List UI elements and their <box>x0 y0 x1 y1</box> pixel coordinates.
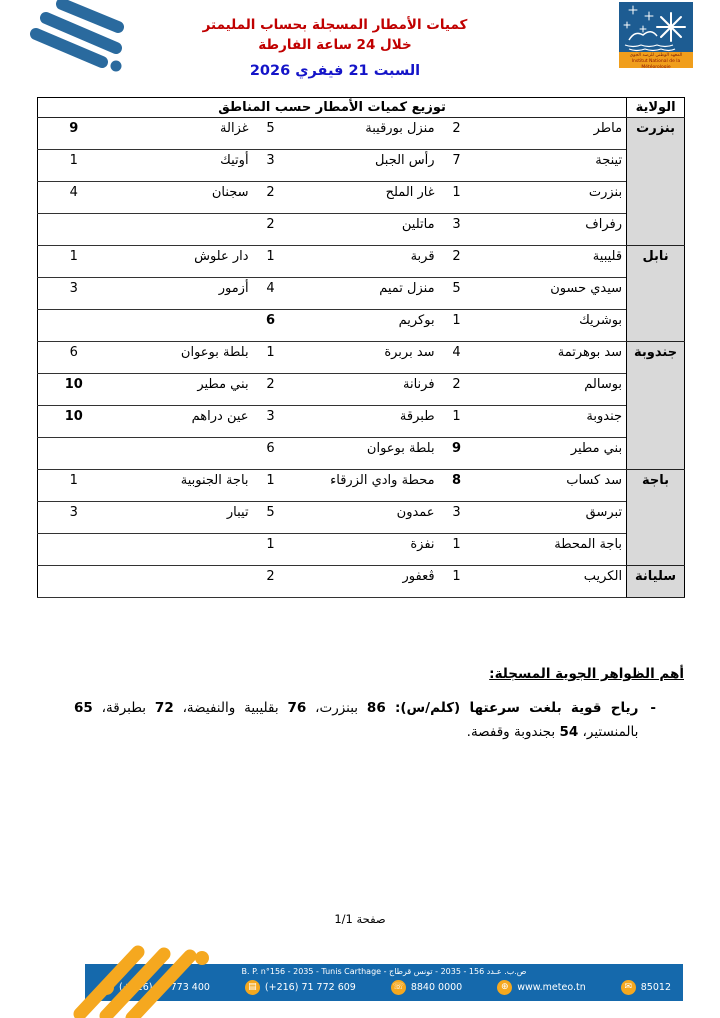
value-cell <box>38 534 110 566</box>
station-cell: منزل بورقيبة <box>289 118 439 150</box>
phenomena-text: رياح قوية بلغت سرعتها (كلم/س): 86 ببنزرت… <box>74 697 638 744</box>
station-cell: بوسالم <box>475 374 627 406</box>
station-cell: باجة الجنوبية <box>110 470 253 502</box>
phenomena-segment: 76 <box>287 700 306 716</box>
blue-strokes-logo-graphic <box>22 0 137 80</box>
value-cell: 3 <box>439 214 475 246</box>
station-cell: تيبار <box>110 502 253 534</box>
station-cell: محطة وادي الزرقاء <box>289 470 439 502</box>
phenomena-segment: بالمنستير، <box>578 724 638 740</box>
value-cell: 7 <box>439 150 475 182</box>
footer-contact-item: ▤(+216) 71 772 609 <box>245 980 356 995</box>
station-cell: قليبية <box>475 246 627 278</box>
report-title-line2: خلال 24 ساعة الفارطة <box>150 35 520 55</box>
station-cell: بني مطير <box>110 374 253 406</box>
value-cell: 2 <box>253 374 289 406</box>
station-cell: سد بربرة <box>289 342 439 374</box>
value-cell: 3 <box>439 502 475 534</box>
inm-logo: المعهد الوطني للرصد الجوي Institut Natio… <box>619 2 693 68</box>
regions-column-header: توزيع كميات الأمطار حسب المناطق <box>38 98 627 118</box>
station-cell <box>110 214 253 246</box>
inm-band-arabic: المعهد الوطني للرصد الجوي <box>619 52 693 59</box>
station-cell: تبرسق <box>475 502 627 534</box>
phenomena-segment: بطبرقة، <box>93 700 155 716</box>
value-cell: 3 <box>38 278 110 310</box>
phenomena-segment: بقليبية والنفيضة، <box>174 700 288 716</box>
station-cell: باجة المحطة <box>475 534 627 566</box>
phenomena-segment: رياح قوية بلغت سرعتها (كلم/س): <box>386 700 639 716</box>
wilaya-cell: نابل <box>627 246 685 342</box>
value-cell: 10 <box>38 374 110 406</box>
orange-stripes-graphic <box>62 944 232 1018</box>
footer-contact-item: ⊕www.meteo.tn <box>497 980 586 995</box>
table-row: تبرسق3عمدون5تيبار3 <box>38 502 685 534</box>
report-date: السبت 21 فيفري 2026 <box>150 63 520 79</box>
value-cell: 1 <box>253 534 289 566</box>
value-cell: 9 <box>439 438 475 470</box>
station-cell: بنزرت <box>475 182 627 214</box>
inm-logo-band: المعهد الوطني للرصد الجوي Institut Natio… <box>619 52 693 68</box>
station-cell: ماطر <box>475 118 627 150</box>
footer-contact-label: 8840 0000 <box>411 982 462 993</box>
wilaya-cell: باجة <box>627 470 685 566</box>
table-row: تينجة7رأس الجبل3أوتيك1 <box>38 150 685 182</box>
value-cell: 1 <box>439 182 475 214</box>
value-cell: 2 <box>439 246 475 278</box>
table-row: نابلقليبية2قربة1دار علوش1 <box>38 246 685 278</box>
value-cell: 5 <box>253 118 289 150</box>
table-row: باجةسد كساب8محطة وادي الزرقاء1باجة الجنو… <box>38 470 685 502</box>
globe-icon: ⊕ <box>497 980 512 995</box>
value-cell: 2 <box>439 374 475 406</box>
phenomena-segment: 72 <box>155 700 174 716</box>
footer-contact-label: www.meteo.tn <box>517 982 586 993</box>
table-row: رفراف3ماتلين2 <box>38 214 685 246</box>
value-cell: 6 <box>253 310 289 342</box>
company-logo <box>22 0 137 84</box>
footer-contact-item: ☏8840 0000 <box>391 980 462 995</box>
value-cell: 1 <box>439 406 475 438</box>
value-cell: 1 <box>439 310 475 342</box>
value-cell: 3 <box>38 502 110 534</box>
station-cell: سد كساب <box>475 470 627 502</box>
station-cell: تينجة <box>475 150 627 182</box>
wilaya-column-header: الولاية <box>627 98 685 118</box>
station-cell: سجنان <box>110 182 253 214</box>
station-cell: عين دراهم <box>110 406 253 438</box>
value-cell: 8 <box>439 470 475 502</box>
phenomena-segment: 54 <box>559 724 578 740</box>
value-cell: 5 <box>439 278 475 310</box>
station-cell: ڤعفور <box>289 566 439 598</box>
value-cell: 1 <box>38 246 110 278</box>
station-cell: دار علوش <box>110 246 253 278</box>
value-cell: 4 <box>253 278 289 310</box>
station-cell: رأس الجبل <box>289 150 439 182</box>
table-row: بوسالم2فرنانة2بني مطير10 <box>38 374 685 406</box>
station-cell: ماتلين <box>289 214 439 246</box>
station-cell: نفزة <box>289 534 439 566</box>
sms-icon: ✉ <box>621 980 636 995</box>
footer-address-arabic: ص.ب. عـدد 156 - 2035 - تونس قرطاج <box>389 967 526 976</box>
table-row: سليانةالكريب1ڤعفور2 <box>38 566 685 598</box>
station-cell: سيدي حسون <box>475 278 627 310</box>
value-cell: 1 <box>439 566 475 598</box>
table-row: جندوبة1طبرقة3عين دراهم10 <box>38 406 685 438</box>
station-cell: بوكريم <box>289 310 439 342</box>
station-cell: جندوبة <box>475 406 627 438</box>
station-cell: بني مطير <box>475 438 627 470</box>
value-cell <box>38 438 110 470</box>
value-cell: 6 <box>253 438 289 470</box>
footer-contact-label: (+216) 71 772 609 <box>265 982 356 993</box>
table-header-row: الولاية توزيع كميات الأمطار حسب المناطق <box>38 98 685 118</box>
rainfall-table: الولاية توزيع كميات الأمطار حسب المناطق … <box>37 97 685 598</box>
fax-icon: ▤ <box>245 980 260 995</box>
report-title-line1: كميات الأمطار المسجلة بحساب المليمتر <box>150 15 520 35</box>
table-row: جندوبةسد بوهرتمة4سد بربرة1بلطة بوعوان6 <box>38 342 685 374</box>
station-cell: سد بوهرتمة <box>475 342 627 374</box>
table-row: بنزرت1غار الملح2سجنان4 <box>38 182 685 214</box>
station-cell <box>110 438 253 470</box>
inm-logo-emblem <box>619 2 693 52</box>
starburst-icon <box>619 2 693 52</box>
phenomena-segment: 65 <box>74 700 93 716</box>
value-cell: 1 <box>439 534 475 566</box>
value-cell: 9 <box>38 118 110 150</box>
page-number: صفحة 1/1 <box>0 912 720 926</box>
station-cell: عمدون <box>289 502 439 534</box>
value-cell: 2 <box>253 566 289 598</box>
value-cell: 6 <box>38 342 110 374</box>
station-cell <box>110 310 253 342</box>
station-cell: غار الملح <box>289 182 439 214</box>
bullet-dash: - <box>650 697 656 744</box>
wilaya-cell: بنزرت <box>627 118 685 246</box>
value-cell: 5 <box>253 502 289 534</box>
inm-band-french: Institut National de la Météorologie <box>619 59 693 68</box>
station-cell: الكريب <box>475 566 627 598</box>
station-cell: بلطة بوعوان <box>289 438 439 470</box>
phenomena-segment: ببنزرت، <box>306 700 367 716</box>
station-cell: أوتيك <box>110 150 253 182</box>
value-cell <box>38 310 110 342</box>
callcenter-icon: ☏ <box>391 980 406 995</box>
phenomena-heading: أهم الظواهر الجوية المسجلة: <box>489 666 684 682</box>
footer-contact-item: ✉85012 <box>621 980 671 995</box>
table-row: سيدي حسون5منزل تميم4أزمور3 <box>38 278 685 310</box>
weather-report-page: كميات الأمطار المسجلة بحساب المليمتر خلا… <box>0 0 720 1018</box>
value-cell: 2 <box>253 182 289 214</box>
phenomena-segment: 86 <box>367 700 386 716</box>
station-cell <box>110 566 253 598</box>
table-row: بوشريك1بوكريم6 <box>38 310 685 342</box>
value-cell: 3 <box>253 150 289 182</box>
value-cell: 1 <box>253 342 289 374</box>
station-cell: بوشريك <box>475 310 627 342</box>
station-cell: فرنانة <box>289 374 439 406</box>
value-cell <box>38 566 110 598</box>
table-row: باجة المحطة1نفزة1 <box>38 534 685 566</box>
value-cell: 2 <box>253 214 289 246</box>
value-cell: 1 <box>38 150 110 182</box>
station-cell: منزل تميم <box>289 278 439 310</box>
station-cell: بلطة بوعوان <box>110 342 253 374</box>
wilaya-cell: جندوبة <box>627 342 685 470</box>
phenomena-bullet: - رياح قوية بلغت سرعتها (كلم/س): 86 ببنز… <box>74 697 656 744</box>
value-cell: 1 <box>253 246 289 278</box>
station-cell: قربة <box>289 246 439 278</box>
value-cell: 1 <box>253 470 289 502</box>
value-cell: 1 <box>38 470 110 502</box>
footer-address-latin: B. P. n°156 - 2035 - Tunis Carthage - <box>242 967 390 976</box>
wilaya-cell: سليانة <box>627 566 685 598</box>
station-cell: غزالة <box>110 118 253 150</box>
footer-contact-label: 85012 <box>641 982 671 993</box>
table-row: بني مطير9بلطة بوعوان6 <box>38 438 685 470</box>
value-cell: 4 <box>439 342 475 374</box>
value-cell: 2 <box>439 118 475 150</box>
station-cell: رفراف <box>475 214 627 246</box>
station-cell: طبرقة <box>289 406 439 438</box>
value-cell: 10 <box>38 406 110 438</box>
table-row: بنزرتماطر2منزل بورقيبة5غزالة9 <box>38 118 685 150</box>
value-cell: 4 <box>38 182 110 214</box>
station-cell <box>110 534 253 566</box>
station-cell: أزمور <box>110 278 253 310</box>
value-cell <box>38 214 110 246</box>
value-cell: 3 <box>253 406 289 438</box>
report-title: كميات الأمطار المسجلة بحساب المليمتر خلا… <box>150 15 520 56</box>
phenomena-segment: بجندوبة وقفصة. <box>467 724 560 740</box>
